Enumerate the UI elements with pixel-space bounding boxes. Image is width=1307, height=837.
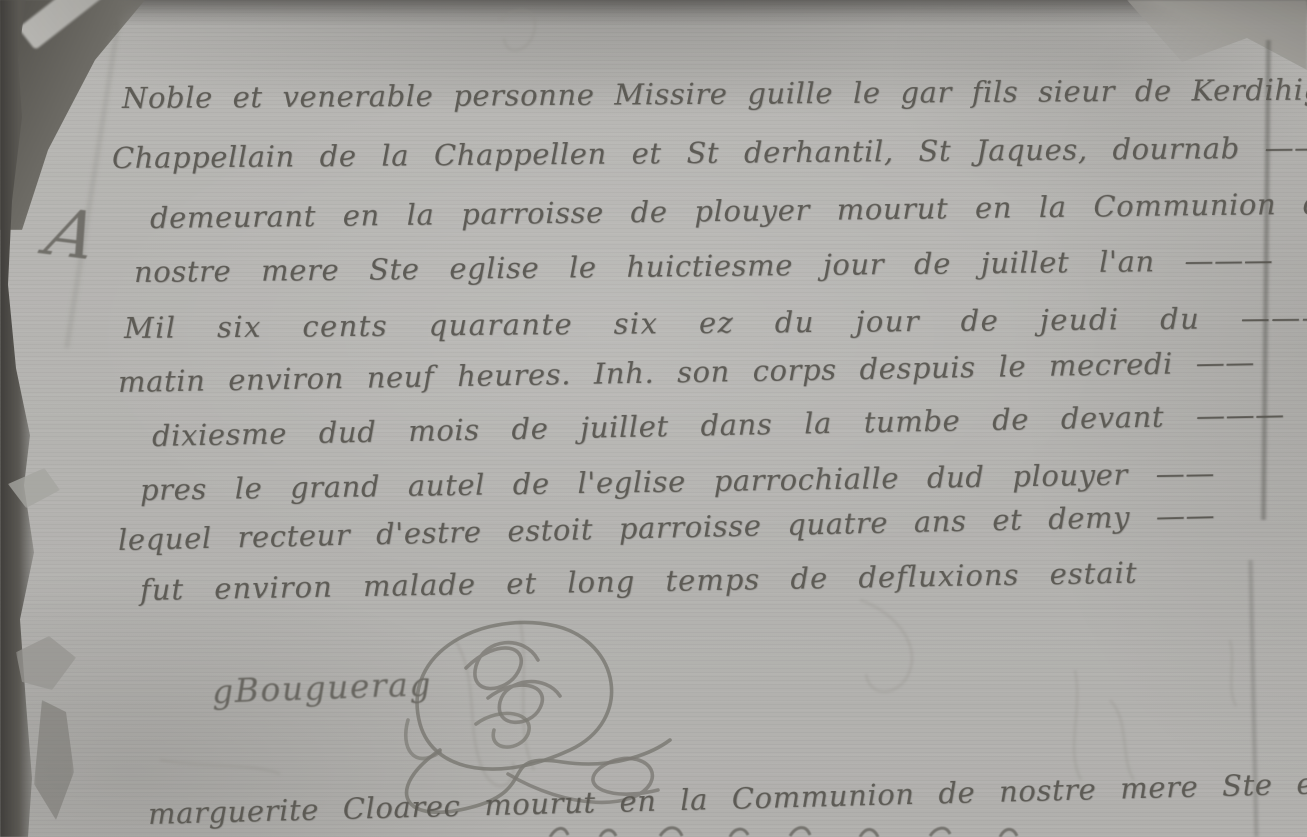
- manuscript-page: A Noble et venerable personne Missire gu…: [0, 0, 1307, 837]
- manuscript-line: Noble et venerable personne Missire guil…: [122, 67, 1307, 120]
- clipped-line-letter-tops: [540, 824, 1060, 837]
